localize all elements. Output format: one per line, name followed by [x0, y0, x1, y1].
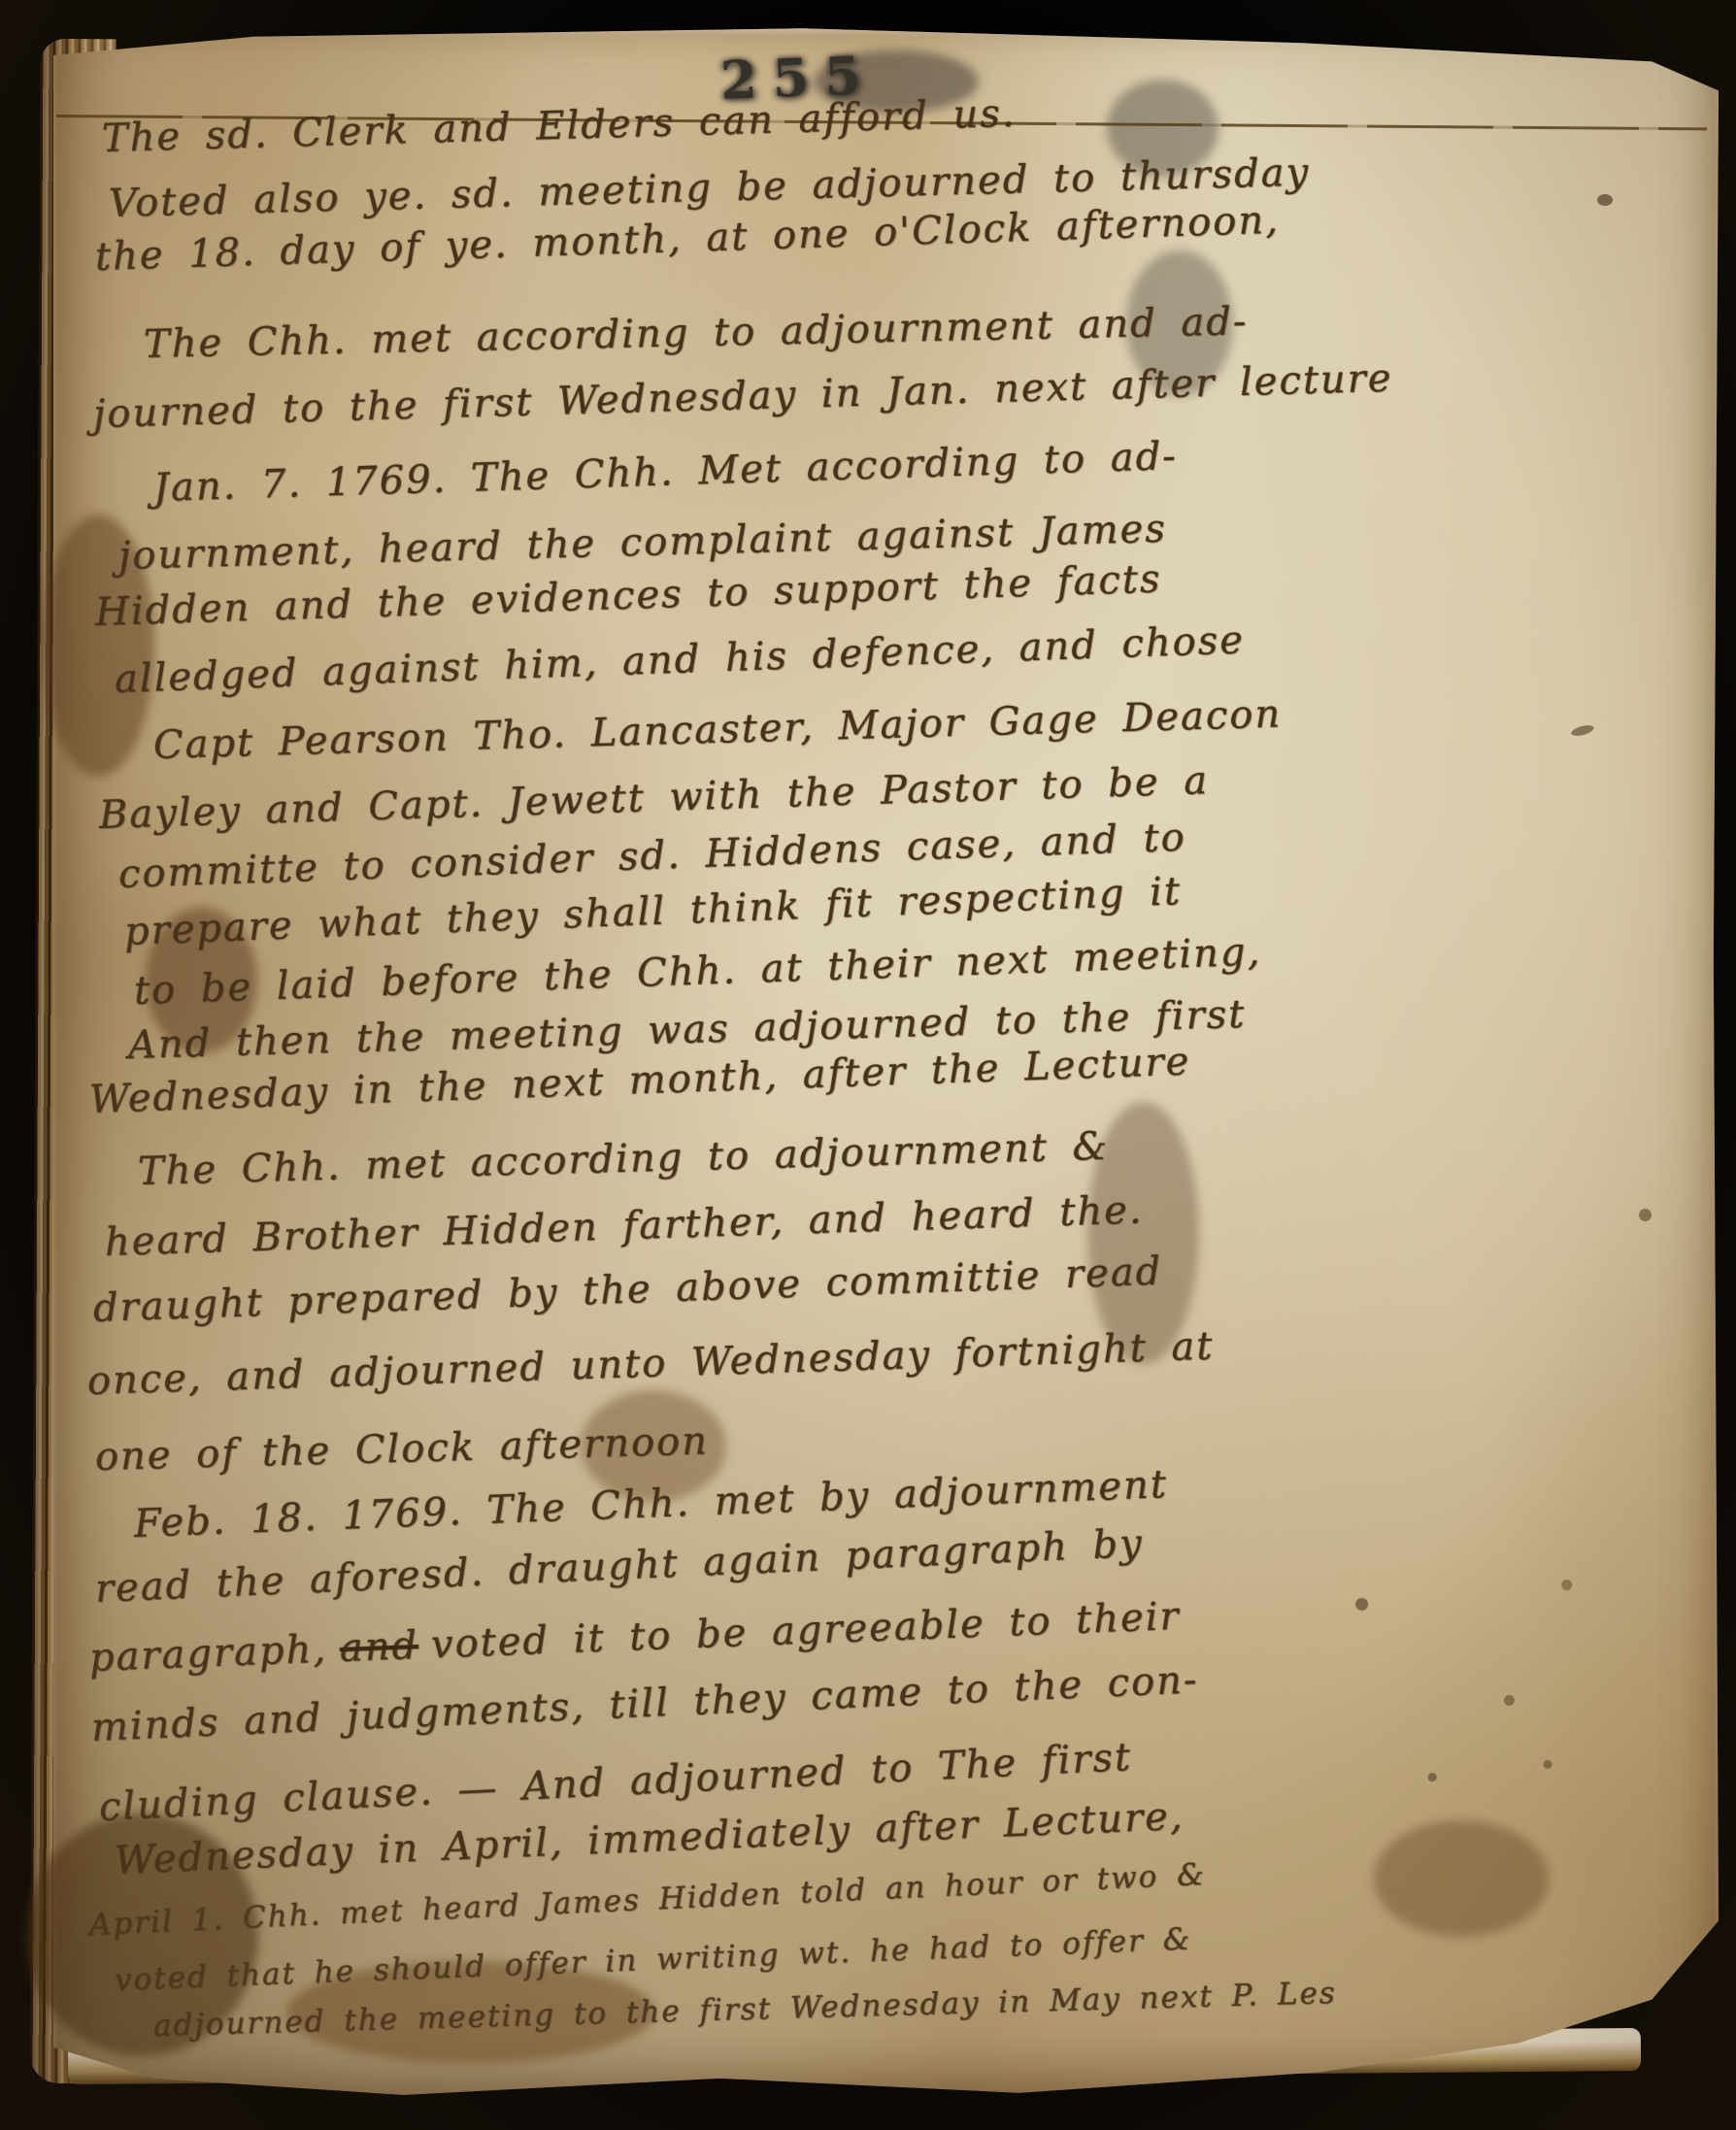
strikethrough-word: and — [339, 1623, 419, 1671]
ink-speck-cluster — [1291, 1514, 1612, 1835]
ink-speck — [1639, 1209, 1652, 1221]
strike-before-text: paragraph, — [88, 1627, 328, 1681]
ink-speck — [1597, 194, 1613, 206]
ink-stain — [1374, 1820, 1549, 1937]
